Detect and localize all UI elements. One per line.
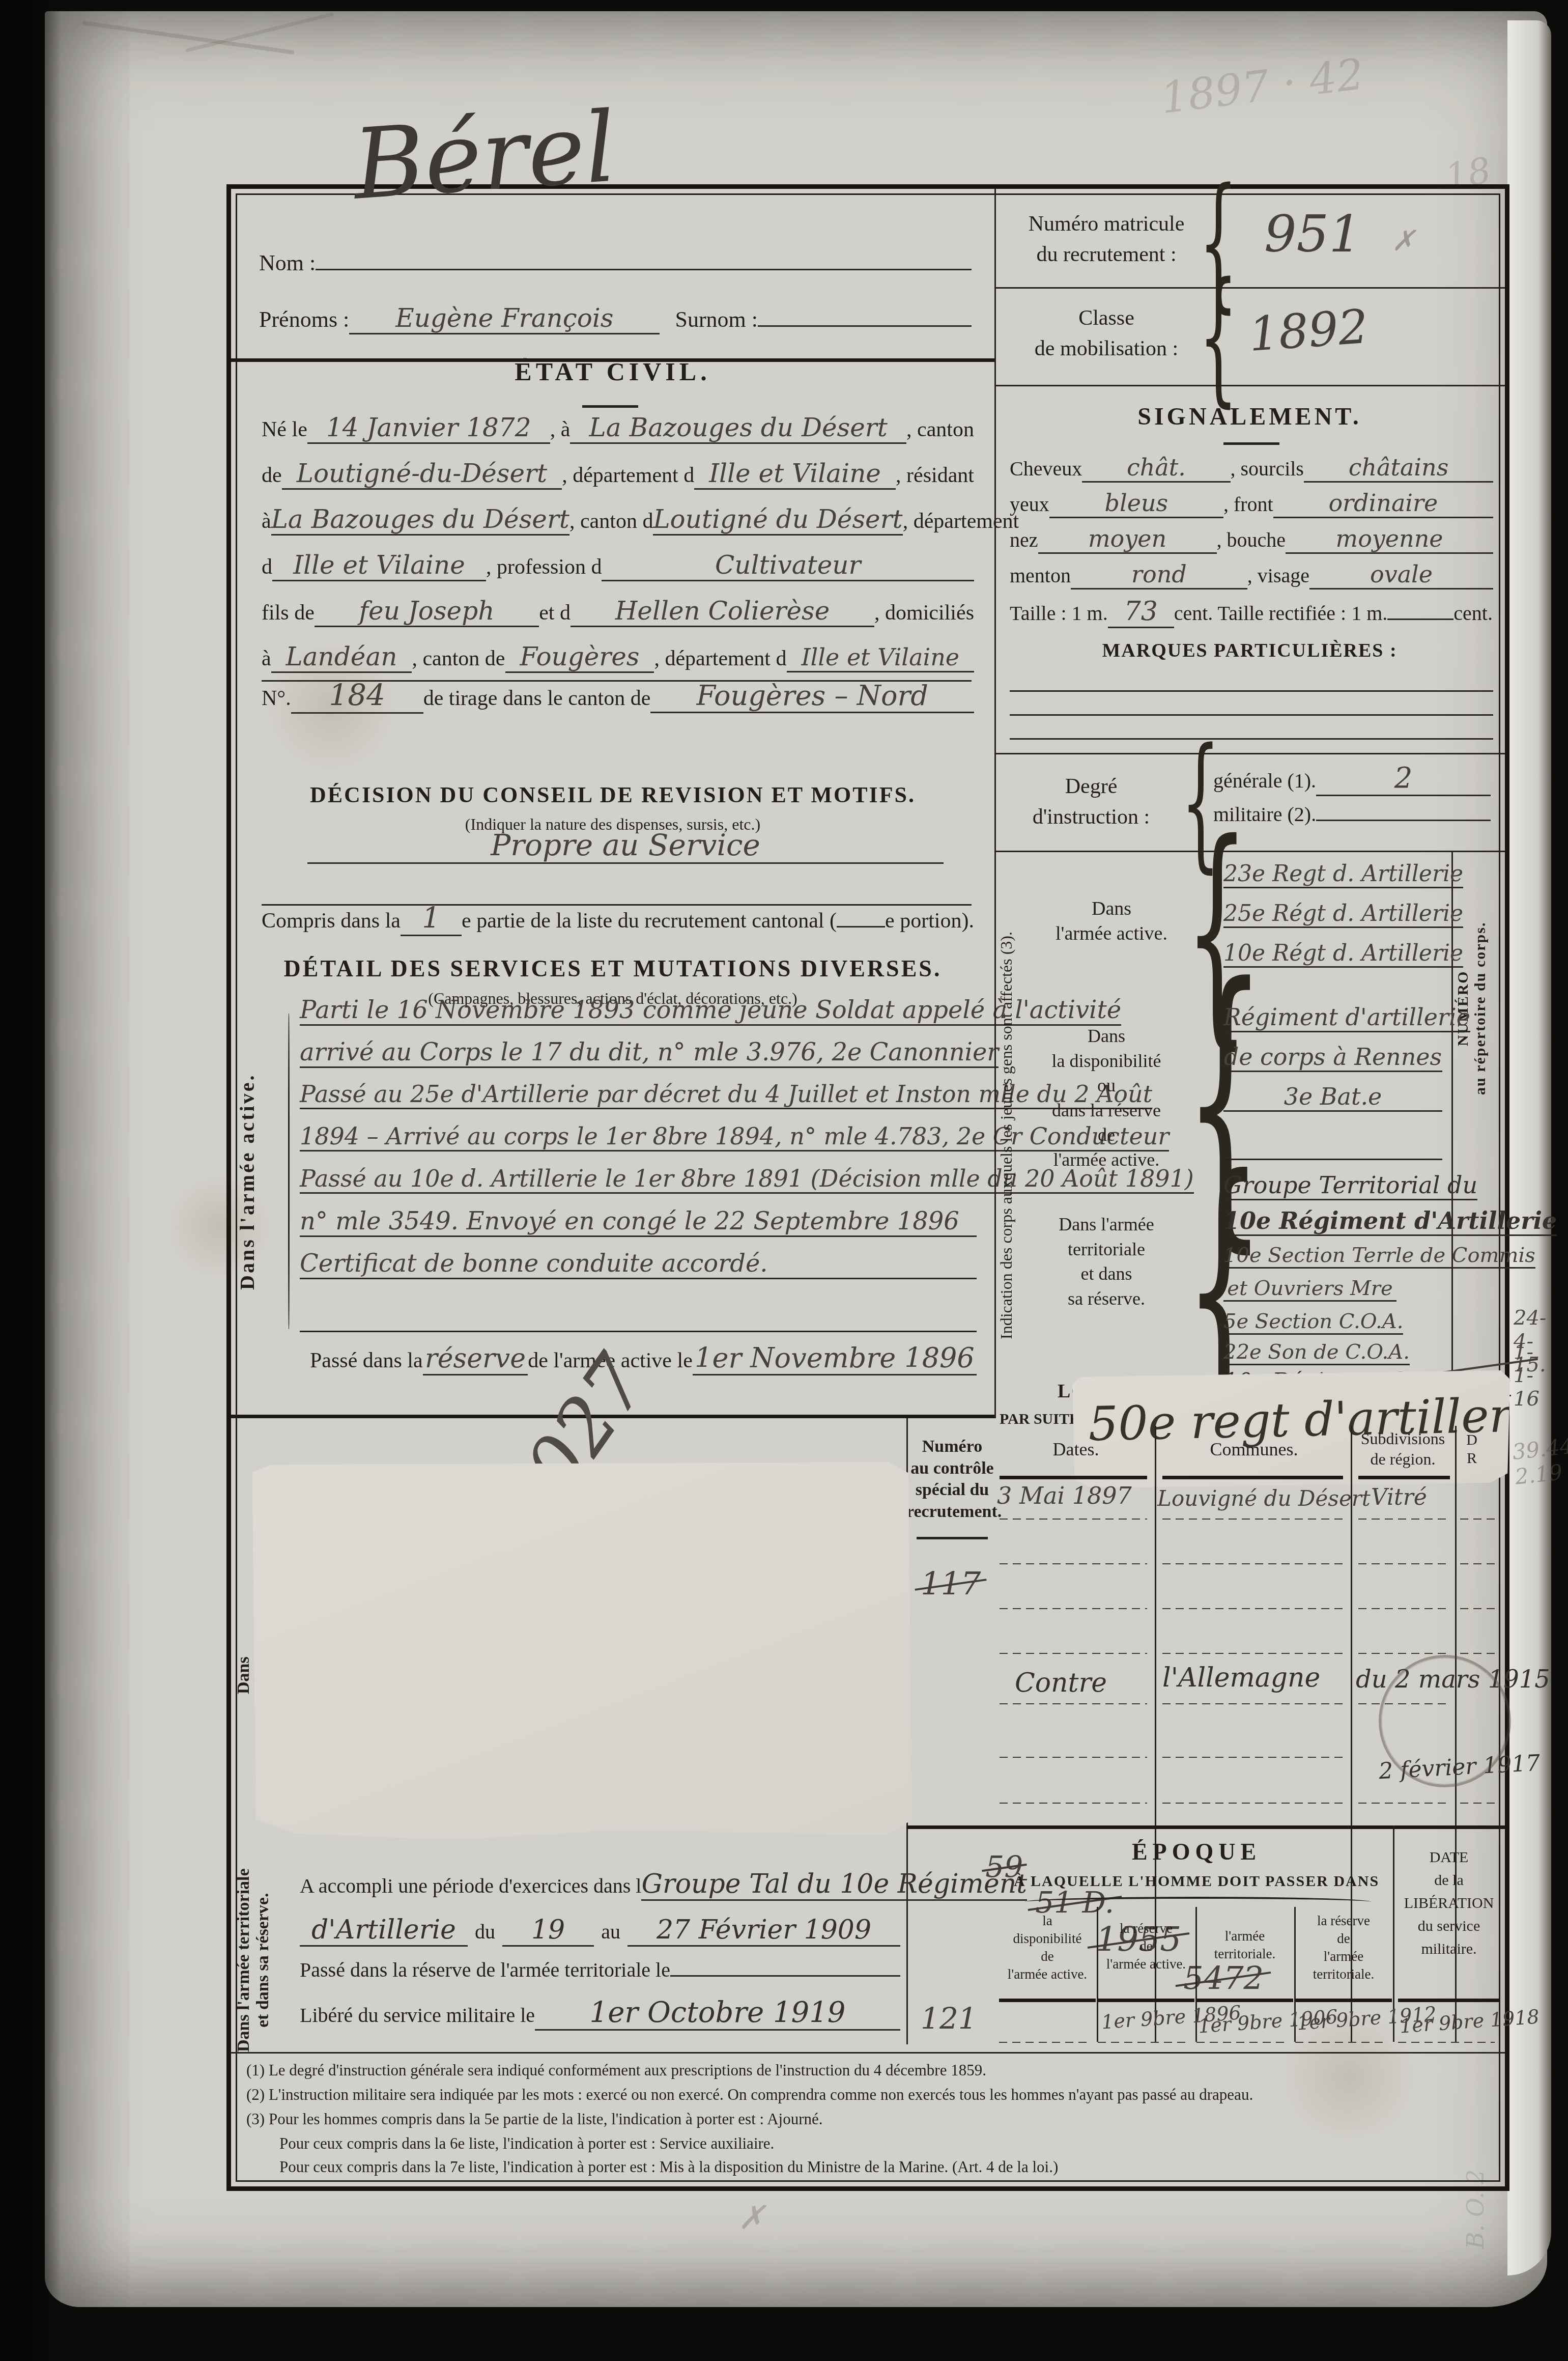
row-rule: [1000, 1563, 1147, 1564]
divider: [994, 287, 1505, 289]
prenoms-label: Prénoms :: [259, 306, 349, 332]
corps-dispo-1: Régiment d'artillerie: [1223, 1003, 1442, 1042]
blank-rule: [1010, 738, 1493, 740]
row-rule: [1000, 1757, 1147, 1758]
corps-entry: 3e Bat.e: [1223, 1083, 1442, 1112]
degre-generale-row: générale (1). 2: [1213, 762, 1491, 797]
printed-text: , visage: [1247, 564, 1309, 587]
printed-text: , canton de: [412, 647, 505, 671]
row-rule: [1162, 1519, 1343, 1520]
col-header-subdivisions: Subdivisions de région.: [1353, 1428, 1452, 1469]
epoque-header-rule: [999, 1999, 1096, 2002]
printed-text: d: [262, 555, 272, 579]
row-rule: [1398, 2042, 1495, 2043]
next-page-edge: [1507, 20, 1551, 2275]
controle-header-rule: [917, 1537, 988, 1539]
controle-number-struck: 117: [921, 1565, 981, 1602]
corps-entry: 22e Son de C.O.A.: [1223, 1340, 1410, 1365]
taille-value: 73: [1108, 596, 1174, 628]
printed-text: , département d: [562, 463, 694, 488]
disponibilite-label: Dans la disponibilité ou dans la réserve…: [1025, 1024, 1188, 1172]
prenoms-value: Eugène François: [349, 303, 660, 334]
printed-text: e partie de la liste du recrutement cant…: [462, 909, 837, 933]
services-brace-line: [288, 1014, 290, 1329]
handwritten-value: feu Joseph: [315, 596, 539, 627]
corps-terr-5: 5e Section C.O.A.: [1223, 1310, 1396, 1343]
handwritten-value: Hellen Colierèse: [571, 596, 874, 627]
footnote-rule: [231, 2052, 1505, 2054]
epoque-header-rule: [1398, 1999, 1500, 2002]
printed-text: , à: [550, 417, 571, 442]
row-rule: [999, 2042, 1091, 2043]
handwritten-value: 14 Janvier 1872: [307, 413, 550, 444]
matricule-form: Bérel Nom : Prénoms : Eugène François Su…: [226, 184, 1509, 2191]
services-line-1: Parti le 16 Novembre 1893 comme jeune So…: [300, 996, 977, 1036]
numero-col-line: [1451, 851, 1453, 1418]
handwritten-value: La Bazouges du Désert: [271, 504, 569, 536]
pencil-cross-bottom: ✗: [738, 2199, 765, 2237]
libere-row: Libéré du service militaire le 1er Octob…: [300, 1996, 900, 2039]
printed-text: Passé dans la réserve de l'armée territo…: [300, 1958, 670, 1982]
service-entry: Passé au 25e d'Artillerie par décret du …: [300, 1080, 1152, 1109]
campagne-contre: Contre: [1015, 1668, 1107, 1698]
etat-civil-line2: de Loutigné-du-Désert , département d Il…: [262, 459, 974, 497]
corps-entry: Groupe Territorial du: [1223, 1171, 1477, 1200]
classe-brace: {: [1199, 251, 1238, 421]
printed-text: nez: [1010, 528, 1038, 552]
signalement-row-2: yeux bleus , front ordinaire: [1010, 489, 1493, 525]
services-line-5: Passé au 10e d. Artillerie le 1er 8bre 1…: [300, 1165, 977, 1205]
exercices-value: d'Artillerie: [300, 1915, 468, 1947]
passe-value-1: réserve: [423, 1343, 528, 1375]
blank-rule: [1010, 690, 1493, 692]
col-header-communes: Communes.: [1162, 1439, 1346, 1460]
services-line-4: 1894 – Arrivé au corps le 1er 8bre 1894,…: [300, 1122, 977, 1163]
territoriale-label: Dans l'armée territoriale et dans sa rés…: [1030, 1212, 1183, 1311]
taille-row: Taille : 1 m. 73 cent. Taille rectifiée …: [1010, 596, 1493, 632]
armee-active-label: Dans l'armée active.: [1040, 896, 1183, 947]
trait-value: rond: [1071, 560, 1247, 589]
classe-value: 1892: [1247, 299, 1370, 362]
printed-text: Passé dans la: [310, 1348, 423, 1373]
row-rule: [1358, 1653, 1450, 1654]
row-rule: [1162, 1608, 1343, 1609]
corps-entry: et Ouvriers Mre: [1223, 1277, 1396, 1302]
matricule-label-2: du recrutement :: [1015, 242, 1198, 267]
corps-terr-6: 22e Son de C.O.A.: [1223, 1340, 1396, 1371]
services-line-3: Passé au 25e d'Artillerie par décret du …: [300, 1080, 977, 1121]
passe-value-2: 1er Novembre 1896: [693, 1342, 977, 1375]
col-header-dr: D R: [1457, 1431, 1487, 1468]
row-rule: [1460, 1803, 1498, 1804]
handwritten-value: Ille et Vilaine: [694, 459, 896, 490]
row-rule: [1162, 1563, 1343, 1564]
printed-text: Compris dans la: [262, 909, 401, 933]
epoque-header-rule: [1098, 1999, 1194, 2002]
services-line-2: arrivé au Corps le 17 du dit, n° mle 3.9…: [300, 1038, 977, 1079]
service-entry: n° mle 3549. Envoyé en congé le 22 Septe…: [300, 1207, 977, 1237]
printed-text: , front: [1223, 492, 1273, 516]
exercices-value: 27 Février 1909: [628, 1915, 900, 1947]
prenoms-row: Prénoms : Eugène François Surnom :: [259, 303, 972, 339]
marques-title: MARQUES PARTICULIÈRES :: [994, 639, 1505, 662]
printed-text: , canton d: [569, 509, 653, 533]
signalement-row-4: menton rond , visage ovale: [1010, 560, 1493, 596]
nom-underline: [316, 269, 972, 270]
libere-value: 1er Octobre 1919: [535, 1996, 900, 2031]
row-rule: [1358, 1608, 1450, 1609]
footnote-5: Pour ceux compris dans la 7e liste, l'in…: [279, 2158, 1486, 2176]
nom-row: Nom :: [259, 250, 972, 286]
printed-text: , bouche: [1217, 528, 1286, 552]
epoque-header-rule: [1196, 1999, 1293, 2002]
corps-dispo-3: 3e Bat.e: [1223, 1083, 1442, 1121]
trait-value: moyen: [1038, 525, 1217, 554]
localites-row1-subdiv: Vitré: [1371, 1484, 1427, 1510]
epoque-col3-header: l'armée territoriale.: [1196, 1927, 1293, 1963]
divider: [994, 385, 1505, 386]
divider: [994, 753, 1505, 754]
table-header-rule: [1162, 1476, 1343, 1479]
row-rule: [1358, 1563, 1450, 1564]
corps-side-left-label: Indication des corps auxquels les jeunes…: [997, 861, 1023, 1411]
epoque-date-header: DATE de la LIBÉRATION du service militai…: [1398, 1846, 1500, 1960]
footnote-4: Pour ceux compris dans la 6e liste, l'in…: [279, 2134, 1486, 2153]
printed-text: , résidant: [896, 463, 974, 488]
row-rule: [1098, 2042, 1189, 2043]
exercices-value: 19: [502, 1915, 594, 1947]
printed-text: menton: [1010, 564, 1071, 587]
printed-text: à: [262, 647, 271, 671]
printed-text: A accompli une période d'exercices dans …: [300, 1874, 641, 1898]
blank-rule: [1010, 714, 1493, 716]
row-rule: [1358, 1803, 1450, 1804]
signalement-row-1: Cheveux chât. , sourcils châtains: [1010, 454, 1493, 489]
localites-row1-date: 3 Mai 1897: [997, 1482, 1132, 1509]
printed-text: , département: [903, 509, 1019, 533]
handwritten-value: La Bazouges du Désert: [570, 413, 906, 444]
row-rule: [1000, 1803, 1147, 1804]
corps-terr-2: 10e Régiment d'Artillerie: [1223, 1207, 1442, 1243]
handwritten-value: Landéan: [271, 642, 412, 673]
main-column-divider: [994, 189, 996, 1418]
handwritten-value: Loutigné-du-Désert: [282, 459, 562, 490]
exercices-row-1: A accompli une période d'exercices dans …: [300, 1869, 900, 1915]
divider: [994, 851, 1505, 852]
row-rule: [1460, 1519, 1498, 1520]
title-rule: [1223, 442, 1279, 445]
nom-label: Nom :: [259, 250, 316, 276]
epoque-col4-header: la réserve de l'armée territoriale.: [1295, 1912, 1392, 1983]
printed-text: , profession d: [486, 555, 602, 579]
printed-text: yeux: [1010, 492, 1049, 516]
matricule-label-1: Numéro matricule: [1015, 212, 1198, 236]
row-rule: [1000, 1703, 1147, 1704]
row-rule: [1162, 1803, 1343, 1804]
localites-row1-commune: Louvigné du Désert: [1157, 1486, 1371, 1511]
footnote-3: (3) Pour les hommes compris dans la 5e p…: [246, 2110, 1488, 2128]
printed-text: Cheveux: [1010, 457, 1082, 481]
row-rule: [1000, 1608, 1147, 1609]
corps-active-1: 23e Regt d. Artillerie: [1223, 861, 1442, 899]
epoque-subtitle: À LAQUELLE L'HOMME DOIT PASSER DANS: [998, 1873, 1395, 1890]
surnom-underline: [758, 325, 972, 327]
classe-label-2: de mobilisation :: [1015, 336, 1198, 361]
handwritten-value: Loutigné du Désert: [653, 504, 902, 536]
etat-civil-line4: d Ille et Vilaine , profession d Cultiva…: [262, 550, 974, 588]
taille-rect-underline: [1387, 619, 1453, 620]
corps-entry: 23e Regt d. Artillerie: [1223, 861, 1463, 888]
blank-underline: [670, 1975, 900, 1977]
footnote-2: (2) L'instruction militaire sera indiqué…: [246, 2086, 1488, 2104]
etat-civil-line1: Né le 14 Janvier 1872 , à La Bazouges du…: [262, 413, 974, 451]
epoque-col1-header: la disponibilité de l'armée active.: [999, 1912, 1096, 1983]
corps-entry: 10e Régiment d'Artillerie: [1223, 1207, 1557, 1236]
title-rule: [582, 405, 638, 408]
printed-text: du: [475, 1920, 495, 1944]
handwritten-value: Cultivateur: [602, 550, 974, 581]
corps-entry: de corps à Rennes: [1223, 1043, 1442, 1072]
printed-text: au: [601, 1920, 620, 1944]
row-rule: [1295, 2042, 1387, 2043]
decision-title: DÉCISION DU CONSEIL DE REVISION ET MOTIF…: [231, 782, 994, 808]
tirage-row: N°. 184 de tirage dans le canton de Foug…: [262, 678, 974, 718]
printed-text: , département d: [654, 647, 786, 671]
passe-territoriale-row: Passé dans la réserve de l'armée territo…: [300, 1958, 900, 1999]
degre-generale-value: 2: [1316, 762, 1491, 796]
service-entry: Certificat de bonne conduite accordé.: [300, 1249, 977, 1279]
etat-civil-line6: à Landéan , canton de Fougères , départe…: [262, 642, 974, 680]
degre-label-1: Degré: [1015, 774, 1167, 799]
handwritten-value: Fougères: [505, 642, 654, 673]
matricule-mark: ✗: [1391, 224, 1415, 258]
decision-row: Propre au Service: [307, 828, 944, 868]
printed-text: de tirage dans le canton de: [423, 686, 651, 711]
services-line-6: n° mle 3549. Envoyé en congé le 22 Septe…: [300, 1207, 977, 1248]
row-rule: [1000, 1653, 1147, 1654]
compris-row: Compris dans la 1 e partie de la liste d…: [262, 902, 974, 942]
row-rule: [1162, 1757, 1343, 1758]
printed-text: , sourcils: [1231, 457, 1304, 481]
pasted-blank-slip: [252, 1458, 913, 1841]
printed-text: , domiciliés: [874, 601, 974, 625]
col-header-dates: Dates.: [1000, 1439, 1152, 1460]
controle-header: Numéro au contrôle spécial du recrutemen…: [906, 1436, 998, 1523]
degre-militaire-underline: [1316, 820, 1491, 821]
degre-label-2: d'instruction :: [1005, 805, 1178, 829]
epoque-title: ÉPOQUE: [998, 1838, 1395, 1865]
tirage-canton: Fougères – Nord: [650, 680, 974, 713]
printed-text: de: [262, 463, 282, 488]
scanned-register-photo: 1897 · 42 18 ✗ B. O. 2 Bérel Nom : Préno…: [0, 0, 1568, 2361]
trait-value: chât.: [1082, 454, 1230, 483]
printed-text: , canton: [906, 417, 974, 442]
printed-text: fils de: [262, 601, 315, 625]
printed-text: à: [262, 509, 271, 533]
trait-value: châtains: [1304, 454, 1493, 483]
blank-rule: [300, 1331, 977, 1332]
surname-signature: Bérel: [350, 91, 619, 221]
corps-entry: 25e Régt d. Artillerie: [1223, 901, 1463, 928]
corps-entry: Régiment d'artillerie: [1223, 1003, 1470, 1032]
armee-active-side-label: Dans l'armée active.: [235, 952, 266, 1411]
exercices-value: Groupe Tal du 10e Régiment: [641, 1869, 1027, 1901]
printed-text: cent. Taille rectifiée : 1 m.: [1174, 601, 1388, 625]
trait-value: ordinaire: [1273, 489, 1493, 518]
trait-value: bleus: [1049, 489, 1223, 518]
compris-value: 1: [401, 902, 462, 936]
exercices-row-2: d'Artillerie du 19 au 27 Février 1909: [300, 1915, 900, 1960]
territoriale-side-label: Dans l'armée territoriale et dans sa rés…: [234, 1859, 275, 2062]
row-rule: [1460, 1653, 1498, 1654]
corps-dispo-2: de corps à Rennes: [1223, 1043, 1442, 1081]
signalement-row-3: nez moyen , bouche moyenne: [1010, 525, 1493, 560]
row-rule: [1162, 1653, 1343, 1654]
degre-militaire-row: militaire (2).: [1213, 802, 1491, 838]
surnom-label: Surnom :: [675, 306, 758, 332]
row-rule: [1196, 2042, 1288, 2043]
etat-civil-line5: fils de feu Joseph et d Hellen Colierèse…: [262, 596, 974, 634]
epoque-top-rule: [906, 1825, 1505, 1829]
services-line-7: Certificat de bonne conduite accordé.: [300, 1249, 977, 1290]
printed-text: Né le: [262, 417, 307, 442]
book-spine: [0, 0, 61, 2361]
corps-entry: 10e Section Terrle de Commis: [1223, 1244, 1535, 1269]
handwritten-value: Ille et Vilaine: [272, 550, 486, 581]
row-rule: [1000, 1519, 1147, 1520]
printed-text: générale (1).: [1213, 769, 1316, 793]
footnote-1: (1) Le degré d'instruction générale sera…: [246, 2061, 1488, 2079]
epoque-brace-line: [1025, 1897, 1371, 1907]
corps-terr-1: Groupe Territorial du: [1223, 1171, 1442, 1207]
epoque-col2-header: la réserve de l'armée active.: [1098, 1920, 1194, 1973]
matricule-value: 951: [1264, 204, 1361, 264]
row-rule: [1460, 1608, 1498, 1609]
signalement-title: SIGNALEMENT.: [994, 403, 1505, 431]
corps-terr-4: et Ouvriers Mre: [1223, 1277, 1396, 1310]
controle-num-121: 121: [921, 2001, 977, 2036]
table-header-rule: [1358, 1476, 1450, 1479]
decision-value: Propre au Service: [307, 828, 944, 864]
classe-label-1: Classe: [1015, 306, 1198, 330]
printed-text: e portion).: [885, 909, 974, 933]
printed-text: Taille : 1 m.: [1010, 601, 1108, 625]
etat-civil-line3: à La Bazouges du Désert , canton d Louti…: [262, 504, 974, 543]
handwritten-value: Ille et Vilaine: [787, 643, 975, 672]
tirage-number: 184: [291, 678, 423, 714]
margin-date-2: 1-1-16: [1514, 1340, 1540, 1411]
service-entry: arrivé au Corps le 17 du dit, n° mle 3.9…: [300, 1038, 999, 1068]
trait-value: moyenne: [1286, 525, 1493, 554]
printed-text: cent.: [1453, 601, 1493, 625]
row-rule: [1358, 1519, 1450, 1520]
trait-value: ovale: [1309, 560, 1493, 589]
margin-note-39: 39.44-2.19: [1511, 1432, 1568, 1489]
numero-label: N°.: [262, 686, 291, 711]
corps-terr-3: 10e Section Terrle de Commis: [1223, 1244, 1442, 1277]
printed-text: Libéré du service militaire le: [300, 2003, 535, 2027]
corps-entry: 5e Section C.O.A.: [1223, 1310, 1403, 1335]
printed-text: et d: [539, 601, 571, 625]
table-header-rule: [1000, 1476, 1147, 1479]
etat-civil-title: ÉTAT CIVIL.: [231, 357, 994, 386]
campagne-allemagne: l'Allemagne: [1162, 1663, 1320, 1693]
row-rule: [1460, 1563, 1498, 1564]
row-rule: [1162, 1703, 1343, 1704]
epoque-header-rule: [1295, 1999, 1392, 2002]
services-title: DÉTAIL DES SERVICES ET MUTATIONS DIVERSE…: [231, 955, 994, 982]
portion-underline: [837, 926, 885, 927]
